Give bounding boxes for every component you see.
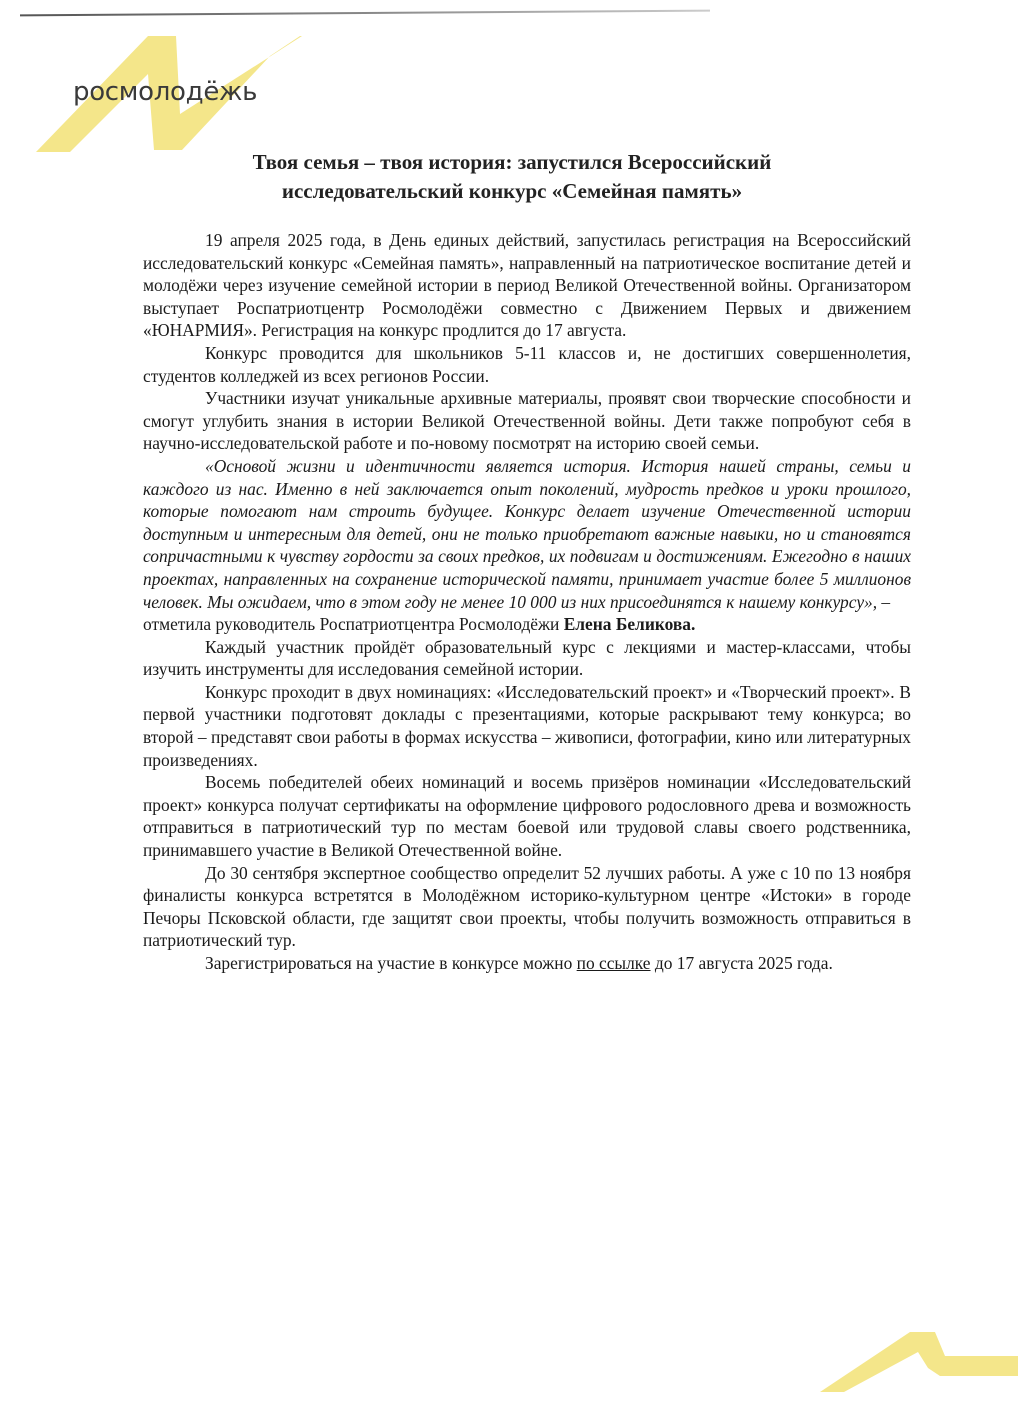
attribution-prefix: отметила руководитель Роспатриотцентра Р…: [143, 614, 564, 634]
scan-edge-line: [20, 10, 710, 17]
paragraph: Конкурс проводится для школьников 5-11 к…: [143, 342, 911, 387]
logo-text: росмолодёжь: [73, 77, 257, 107]
title-line-2: исследовательский конкурс «Семейная памя…: [0, 177, 1024, 206]
paragraph: До 30 сентября экспертное сообщество опр…: [143, 862, 911, 952]
paragraph: 19 апреля 2025 года, в День единых дейст…: [143, 229, 911, 342]
article-body: 19 апреля 2025 года, в День единых дейст…: [143, 229, 911, 975]
footer-logo-mark-icon: [800, 1320, 1020, 1400]
closing-prefix: Зарегистрироваться на участие в конкурсе…: [205, 953, 577, 973]
paragraph: Восемь победителей обеих номинаций и вос…: [143, 771, 911, 861]
paragraph: Каждый участник пройдёт образовательный …: [143, 636, 911, 681]
paragraph: Участники изучат уникальные архивные мат…: [143, 387, 911, 455]
quote-paragraph: «Основой жизни и идентичности является и…: [143, 455, 911, 613]
quote-attribution: отметила руководитель Роспатриотцентра Р…: [143, 613, 911, 636]
closing-suffix: до 17 августа 2025 года.: [651, 953, 833, 973]
title-line-1: Твоя семья – твоя история: запустился Вс…: [0, 148, 1024, 177]
page-title: Твоя семья – твоя история: запустился Вс…: [0, 148, 1024, 206]
registration-link[interactable]: по ссылке: [577, 953, 651, 973]
attribution-name: Елена Беликова.: [564, 614, 696, 634]
paragraph: Конкурс проходит в двух номинациях: «Исс…: [143, 681, 911, 771]
closing-paragraph: Зарегистрироваться на участие в конкурсе…: [143, 952, 911, 975]
